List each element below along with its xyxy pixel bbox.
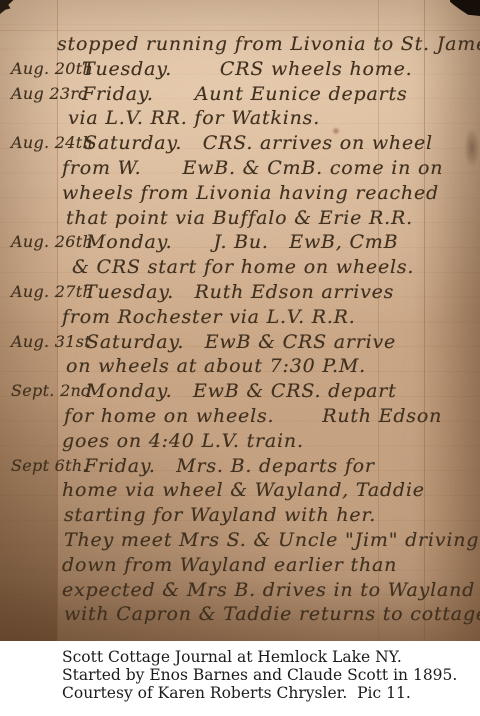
journal-line-text: Monday. EwB & CRS. depart xyxy=(86,380,397,402)
journal-photo: stopped running from Livonia to St. Jame… xyxy=(0,0,480,641)
journal-line-text: & CRS start for home on wheels. xyxy=(72,256,414,278)
journal-line: wheels from Livonia having reached xyxy=(0,182,480,207)
journal-line-text: goes on 4:40 L.V. train. xyxy=(62,430,304,452)
caption: Scott Cottage Journal at Hemlock Lake NY… xyxy=(0,641,480,716)
journal-line: Aug. 31st Saturday. EwB & CRS arrive xyxy=(0,331,480,356)
journal-line: & CRS start for home on wheels. xyxy=(0,256,480,281)
journal-line: Sept 6th. Friday. Mrs. B. departs for xyxy=(0,455,480,480)
journal-line-text: They meet Mrs S. & Uncle "Jim" driving xyxy=(64,529,479,551)
journal-line: down from Wayland earlier than xyxy=(0,554,480,579)
journal-line-date: Sept. 2nd xyxy=(11,381,92,400)
caption-line-1: Scott Cottage Journal at Hemlock Lake NY… xyxy=(62,648,480,666)
journal-line-text: Friday. Mrs. B. departs for xyxy=(84,455,375,477)
journal-lines: stopped running from Livonia to St. Jame… xyxy=(0,0,480,641)
caption-line-3: Courtesy of Karen Roberts Chrysler. Pic … xyxy=(62,684,480,702)
journal-line: Aug. 26th Monday. J. Bu. EwB, CmB xyxy=(0,231,480,256)
journal-line: home via wheel & Wayland, Taddie xyxy=(0,479,480,504)
journal-line: Sept. 2nd Monday. EwB & CRS. depart xyxy=(0,380,480,405)
journal-line-text: Monday. J. Bu. EwB, CmB xyxy=(86,231,398,253)
journal-line-date: Aug. 20th xyxy=(11,59,93,78)
journal-line: from W. EwB. & CmB. come in on xyxy=(0,157,480,182)
journal-line-date: Aug. 27th xyxy=(11,282,93,301)
journal-line: on wheels at about 7:30 P.M. xyxy=(0,355,480,380)
journal-line-text: Tuesday. CRS wheels home. xyxy=(82,58,412,80)
journal-line-text: stopped running from Livonia to St. Jame… xyxy=(57,33,480,55)
journal-line-text: via L.V. RR. for Watkins. xyxy=(68,107,320,129)
scanned-journal-page: stopped running from Livonia to St. Jame… xyxy=(0,0,480,716)
journal-line-text: on wheels at about 7:30 P.M. xyxy=(66,355,366,377)
journal-line-date: Aug 23rd xyxy=(11,84,89,103)
journal-line-text: Saturday. EwB & CRS arrive xyxy=(86,331,396,353)
journal-line-text: for home on wheels. Ruth Edson xyxy=(64,405,442,427)
journal-line: They meet Mrs S. & Uncle "Jim" driving xyxy=(0,529,480,554)
journal-line-text: down from Wayland earlier than xyxy=(62,554,397,576)
caption-line-2: Started by Enos Barnes and Claude Scott … xyxy=(62,666,480,684)
journal-line-text: from W. EwB. & CmB. come in on xyxy=(62,157,443,179)
journal-line-text: Tuesday. Ruth Edson arrives xyxy=(84,281,394,303)
journal-line-text: that point via Buffalo & Erie R.R. xyxy=(66,207,413,229)
journal-line-text: starting for Wayland with her. xyxy=(64,504,376,526)
journal-line: that point via Buffalo & Erie R.R. xyxy=(0,207,480,232)
journal-line: starting for Wayland with her. xyxy=(0,504,480,529)
journal-line-date: Aug. 24th xyxy=(11,133,93,152)
journal-line: goes on 4:40 L.V. train. xyxy=(0,430,480,455)
journal-line-date: Aug. 31st xyxy=(11,332,91,351)
journal-line: for home on wheels. Ruth Edson xyxy=(0,405,480,430)
journal-line-text: with Capron & Taddie returns to cottage xyxy=(64,603,480,625)
journal-line: Aug. 24th Saturday. CRS. arrives on whee… xyxy=(0,132,480,157)
journal-line: Aug. 20th Tuesday. CRS wheels home. xyxy=(0,58,480,83)
journal-line-text: Friday. Aunt Eunice departs xyxy=(82,83,408,105)
journal-line: Aug. 27th Tuesday. Ruth Edson arrives xyxy=(0,281,480,306)
journal-line: stopped running from Livonia to St. Jame… xyxy=(0,33,480,58)
journal-line-text: expected & Mrs B. drives in to Wayland xyxy=(62,579,475,601)
journal-line: with Capron & Taddie returns to cottage xyxy=(0,603,480,628)
journal-line: expected & Mrs B. drives in to Wayland xyxy=(0,579,480,604)
journal-line-text: from Rochester via L.V. R.R. xyxy=(62,306,356,328)
journal-line: via L.V. RR. for Watkins. xyxy=(0,107,480,132)
journal-line: Aug 23rd Friday. Aunt Eunice departs xyxy=(0,83,480,108)
journal-line-text: home via wheel & Wayland, Taddie xyxy=(62,479,425,501)
journal-line-text: wheels from Livonia having reached xyxy=(62,182,439,204)
journal-line-date: Sept 6th. xyxy=(11,456,88,475)
journal-line-date: Aug. 26th xyxy=(11,232,93,251)
journal-line-text: Saturday. CRS. arrives on wheel xyxy=(84,132,433,154)
journal-line: from Rochester via L.V. R.R. xyxy=(0,306,480,331)
